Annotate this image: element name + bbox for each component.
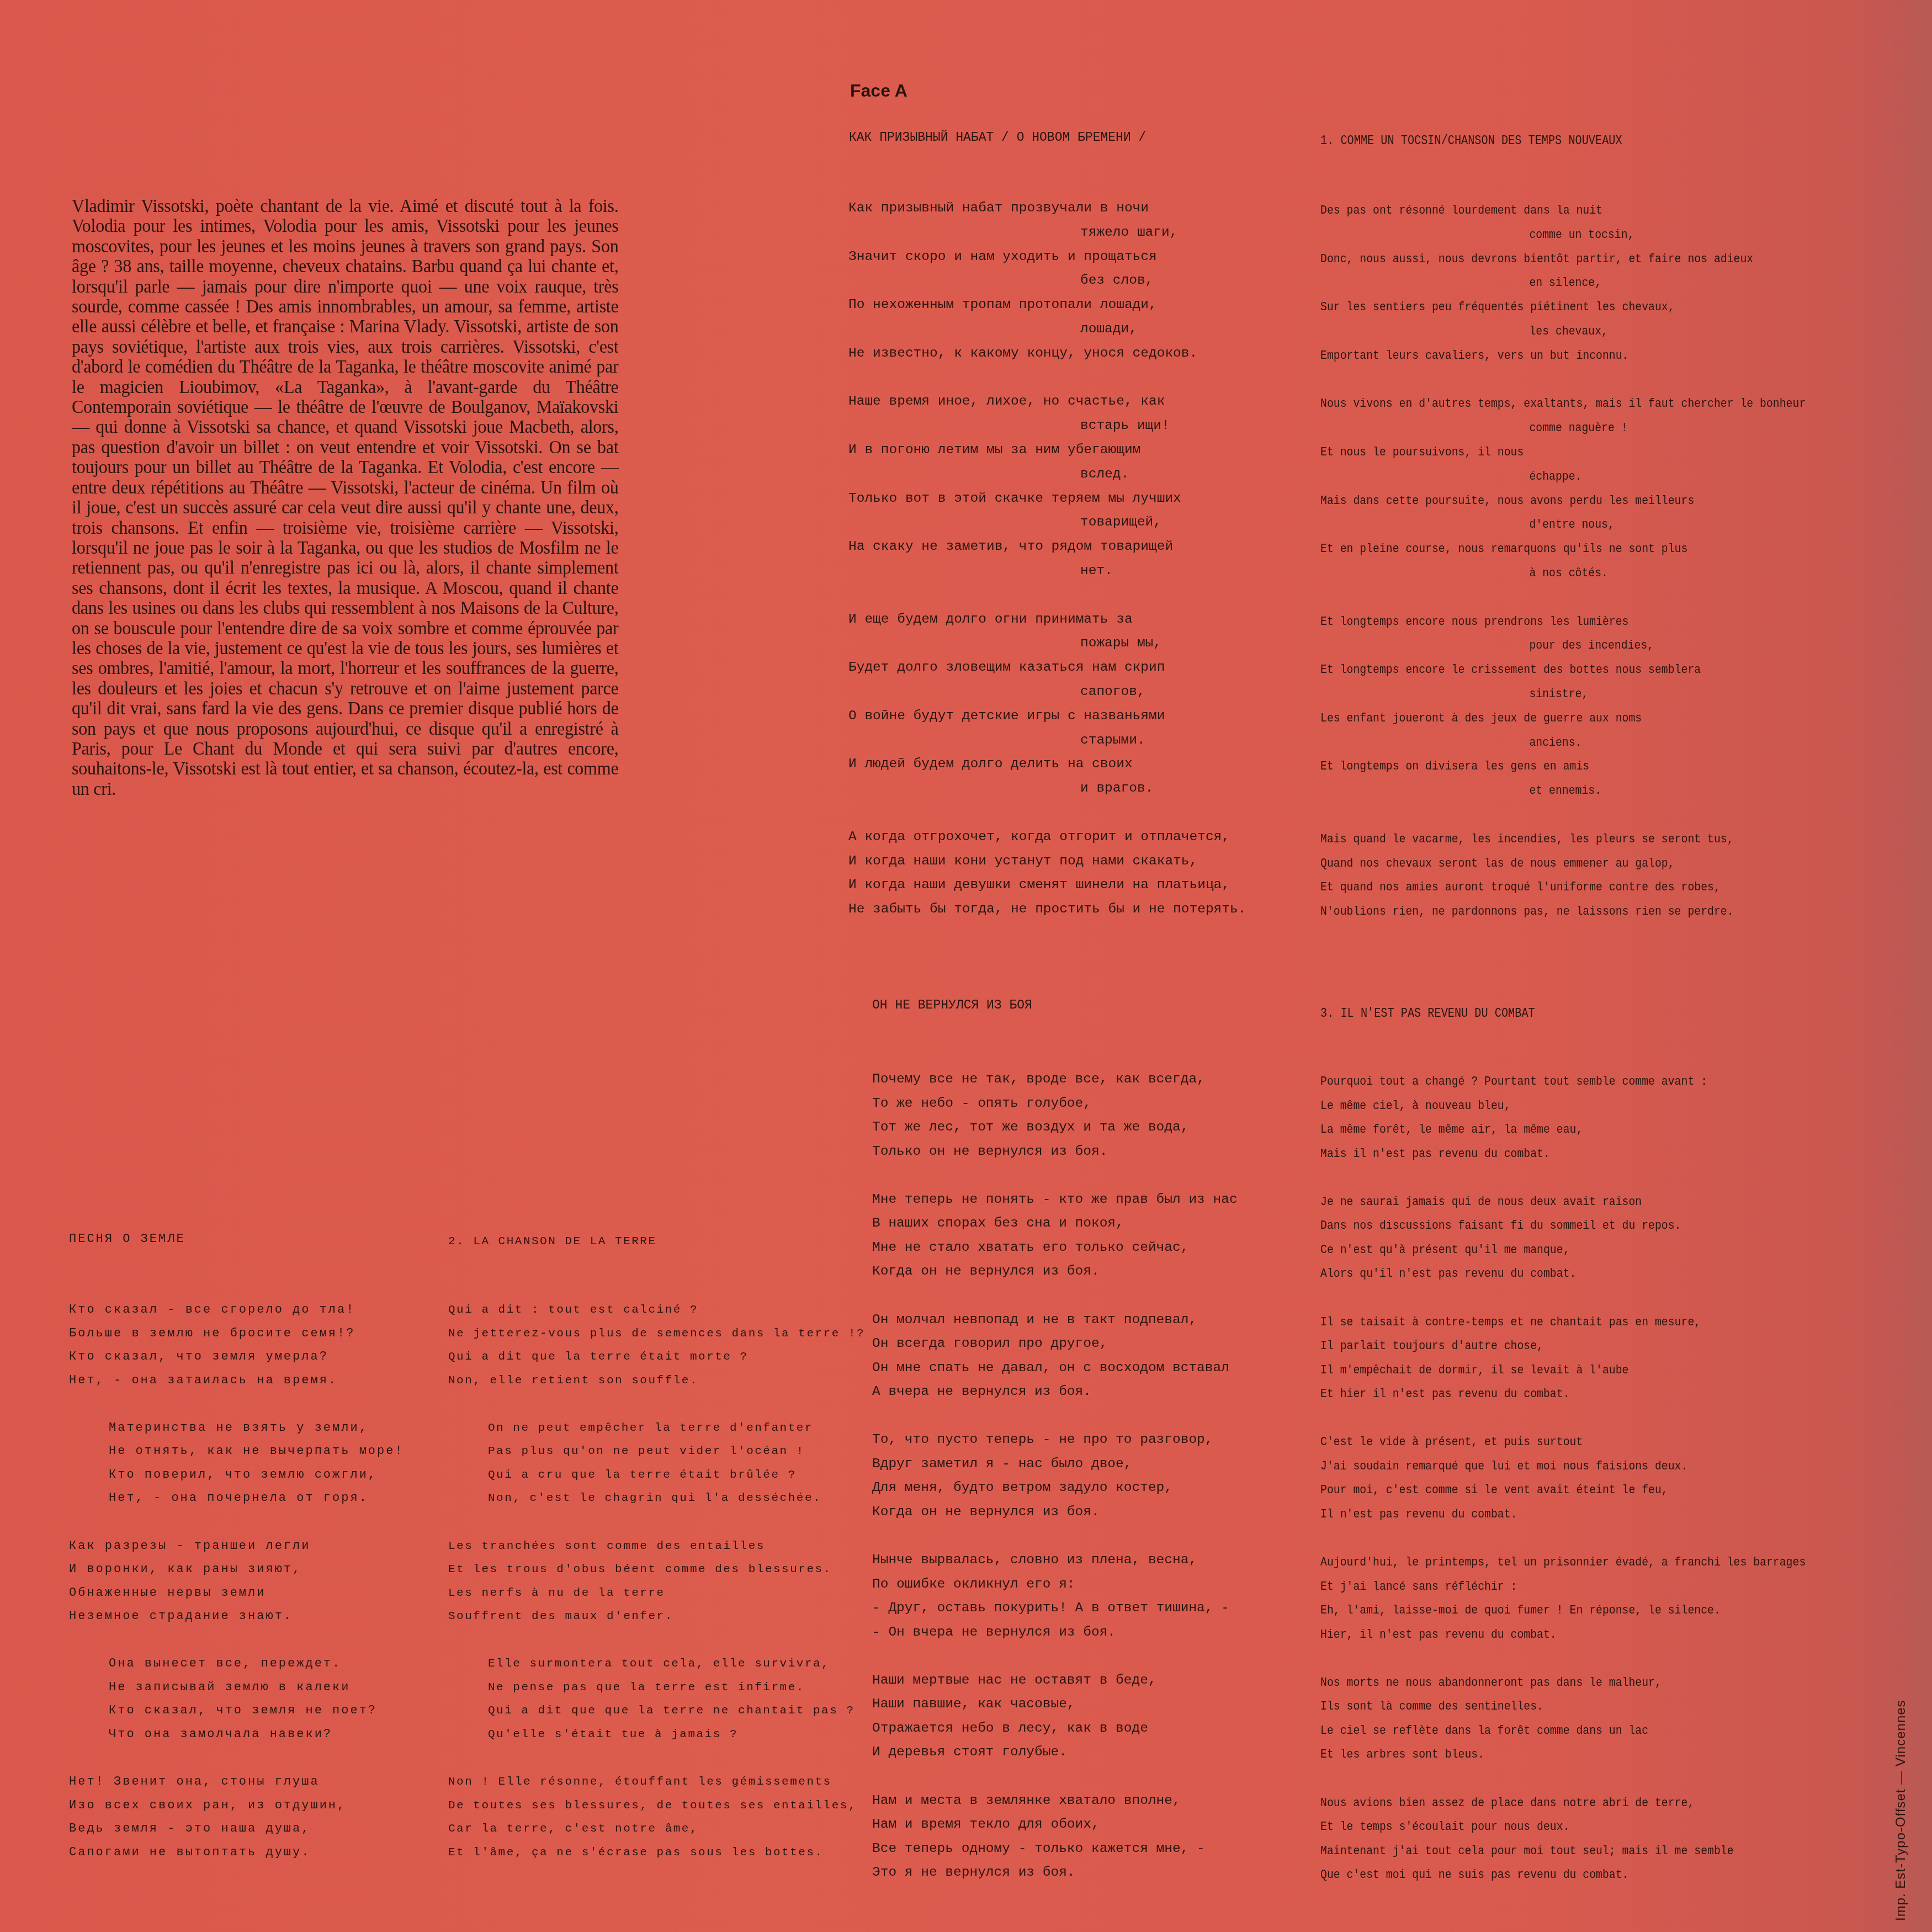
lyric-line: Кто поверил, что землю сожгли,: [69, 1468, 404, 1492]
lyric-line: Non, elle retient son souffle.: [448, 1374, 865, 1398]
lyric-line: Les tranchées sont comme des entailles: [448, 1540, 865, 1564]
lyric-line: Pourquoi tout a changé ? Pourtant tout s…: [1320, 1074, 1806, 1098]
lyric-line: - Он вчера не вернулся из боя.: [872, 1625, 1238, 1649]
lyric-line: и врагов.: [848, 781, 1246, 805]
lyric-line: Aujourd'hui, le printemps, tel un prison…: [1320, 1555, 1806, 1579]
lyric-line: По нехоженным тропам протопали лошади,: [848, 298, 1246, 322]
lyric-line: Для меня, будто ветром задуло костер,: [872, 1480, 1238, 1505]
lyric-line: Le même ciel, à nouveau bleu,: [1320, 1098, 1806, 1123]
lyric-line: Non ! Elle résonne, étouffant les gémiss…: [448, 1776, 865, 1800]
lyric-line: sinistre,: [1320, 687, 1806, 711]
lyric-line: вслед.: [848, 467, 1246, 491]
lyric-line: Donc, nous aussi, nous devrons bientôt p…: [1320, 252, 1806, 276]
song2-lyrics-ru: Кто сказал - все сгорело до тла!Больше в…: [69, 1303, 404, 1869]
lyric-line: Вдруг заметил я - нас было двое,: [872, 1457, 1238, 1481]
lyric-line: [69, 1750, 404, 1775]
lyric-line: Кто сказал, что земля умерла?: [69, 1350, 404, 1373]
lyric-line: Наши мертвые нас не оставят в беде,: [872, 1673, 1238, 1697]
lyric-line: И воронки, как раны зияют,: [69, 1562, 404, 1586]
lyric-line: Это я не вернулся из боя.: [872, 1865, 1238, 1889]
lyric-line: Et quand nos amies auront troqué l'unifo…: [1320, 880, 1806, 904]
lyric-line: Qui a dit : tout est calciné ?: [448, 1304, 865, 1328]
lyric-line: И когда наши девушки сменят шинели на пл…: [848, 878, 1246, 902]
lyric-line: На скаку не заметив, что рядом товарищей: [848, 539, 1246, 564]
lyric-line: По ошибке окликнул его я:: [872, 1577, 1238, 1601]
lyric-line: [1320, 808, 1806, 832]
lyric-line: Et longtemps encore le crissement des bo…: [1320, 662, 1806, 687]
lyric-line: Не записывай землю в калеки: [69, 1680, 404, 1704]
song1-title-fr: 1. COMME UN TOCSIN/CHANSON DES TEMPS NOU…: [1320, 134, 1622, 148]
face-label: Face A: [850, 81, 907, 101]
lyric-line: старыми.: [848, 733, 1246, 757]
lyric-line: Nos morts ne nous abandonneront pas dans…: [1320, 1675, 1806, 1700]
lyric-line: Sur les sentiers peu fréquentés piétinen…: [1320, 300, 1806, 324]
lyric-line: Все теперь одному - только кажется мне, …: [872, 1841, 1238, 1866]
lyric-line: А вчера не вернулся из боя.: [872, 1384, 1238, 1409]
lyric-line: Ведь земля - это наша душа,: [69, 1822, 404, 1845]
lyric-line: Наше время иное, лихое, но счастье, как: [848, 394, 1246, 418]
lyric-line: Mais dans cette poursuite, nous avons pe…: [1320, 493, 1806, 518]
lyric-line: Она вынесет все, переждет.: [69, 1657, 404, 1680]
song3-lyrics-ru: Почему все не так, вроде все, как всегда…: [872, 1072, 1238, 1889]
lyric-line: И в погоню летим мы за ним убегающим: [848, 443, 1246, 467]
song2-lyrics-fr: Qui a dit : tout est calciné ?Ne jettere…: [448, 1304, 865, 1870]
song3-title-fr: 3. IL N'EST PAS REVENU DU COMBAT: [1320, 1006, 1535, 1021]
lyric-line: Изо всех своих ран, из отдушин,: [69, 1798, 404, 1822]
lyric-line: La même forêt, le même air, la même eau,: [1320, 1122, 1806, 1147]
lyric-line: Pour moi, c'est comme si le vent avait é…: [1320, 1483, 1806, 1507]
lyric-line: Он мне спать не давал, он с восходом вст…: [872, 1361, 1238, 1385]
lyric-line: [1320, 373, 1806, 397]
lyric-line: Нынче вырвалась, словно из плена, весна,: [872, 1553, 1238, 1577]
lyric-line: les chevaux,: [1320, 324, 1806, 348]
lyric-line: De toutes ses blessures, de toutes ses e…: [448, 1800, 865, 1823]
lyric-line: [69, 1633, 404, 1657]
lyric-line: d'entre nous,: [1320, 517, 1806, 542]
lyric-line: [872, 1168, 1238, 1192]
lyric-line: Ne jetterez-vous plus de semences dans l…: [448, 1328, 865, 1351]
lyric-line: А когда отгрохочет, когда отгорит и отпл…: [848, 830, 1246, 854]
lyric-line: Et longtemps encore nous prendrons les l…: [1320, 614, 1806, 639]
lyric-line: Il parlait toujours d'autre chose,: [1320, 1339, 1806, 1363]
lyric-line: Не отнять, как не вычерпать море!: [69, 1444, 404, 1468]
lyric-line: То же небо - опять голубое,: [872, 1096, 1238, 1121]
lyric-line: Et nous le poursuivons, il nous: [1320, 445, 1806, 469]
lyric-line: пожары мы,: [848, 636, 1246, 660]
lyric-line: Что она замолчала навеки?: [69, 1727, 404, 1751]
lyric-line: Souffrent des maux d'enfer.: [448, 1610, 865, 1634]
lyric-line: Maintenant j'ai tout cela pour moi tout …: [1320, 1844, 1806, 1868]
lyric-line: Как призывный набат прозвучали в ночи: [848, 201, 1246, 225]
lyric-line: N'oublions rien, ne pardonnons pas, ne l…: [1320, 904, 1806, 928]
lyric-line: [848, 588, 1246, 612]
printer-credit: Imp. Est-Typo-Offset — Vincennes: [1893, 1700, 1909, 1921]
lyric-line: Et les arbres sont bleus.: [1320, 1747, 1806, 1771]
lyric-line: без слов,: [848, 273, 1246, 298]
lyric-line: Dans nos discussions faisant fi du somme…: [1320, 1218, 1806, 1243]
lyric-line: Нам и время текло для обоих,: [872, 1817, 1238, 1841]
lyric-line: Как разрезы - траншеи легли: [69, 1539, 404, 1563]
lyric-line: Обнаженные нервы земли: [69, 1586, 404, 1610]
lyric-line: Il n'est pas revenu du combat.: [1320, 1507, 1806, 1531]
lyric-line: comme naguère !: [1320, 421, 1806, 445]
song2-title-ru: ПЕСНЯ О ЗЕМЛЕ: [69, 1232, 185, 1246]
lyric-line: [448, 1516, 865, 1540]
lyric-line: Elle surmontera tout cela, elle survivra…: [448, 1658, 865, 1681]
lyric-line: Le ciel se reflète dans la forêt comme d…: [1320, 1723, 1806, 1748]
lyric-line: [872, 1769, 1238, 1793]
lyric-line: Когда он не вернулся из боя.: [872, 1264, 1238, 1288]
lyric-line: - Друг, оставь покурить! А в ответ тишин…: [872, 1601, 1238, 1625]
lyric-line: Que c'est moi qui ne suis pas revenu du …: [1320, 1867, 1806, 1892]
lyric-line: Он всегда говорил про другое,: [872, 1336, 1238, 1361]
lyric-line: Il m'empêchait de dormir, il se levait à…: [1320, 1363, 1806, 1387]
lyric-line: [1320, 1651, 1806, 1675]
lyric-line: Только он не вернулся из боя.: [872, 1144, 1238, 1169]
lyric-line: [1320, 1411, 1806, 1435]
lyric-line: В наших спорах без сна и покоя,: [872, 1216, 1238, 1240]
lyric-line: Тот же лес, тот же воздух и та же вода,: [872, 1120, 1238, 1144]
lyric-line: Et l'âme, ça ne s'écrase pas sous les bo…: [448, 1846, 865, 1870]
lyric-line: Наши павшие, как часовые,: [872, 1697, 1238, 1721]
lyric-line: [448, 1634, 865, 1658]
lyric-line: Nous vivons en d'autres temps, exaltants…: [1320, 396, 1806, 421]
song3-title-ru: ОН НЕ ВЕРНУЛСЯ ИЗ БОЯ: [872, 998, 1032, 1012]
lyric-line: pour des incendies,: [1320, 638, 1806, 662]
lyric-line: нет.: [848, 564, 1246, 588]
lyric-line: Ce n'est qu'à présent qu'il me manque,: [1320, 1243, 1806, 1267]
song1-lyrics-ru: Как призывный набат прозвучали в ночитяж…: [848, 201, 1246, 926]
lyric-line: Qui a dit que que la terre ne chantait p…: [448, 1705, 865, 1728]
lyric-line: Hier, il n'est pas revenu du combat.: [1320, 1627, 1806, 1652]
lyric-line: Только вот в этой скачке теряем мы лучши…: [848, 491, 1246, 516]
lyric-line: [1320, 1531, 1806, 1555]
lyric-line: Et hier il n'est pas revenu du combat.: [1320, 1387, 1806, 1411]
lyric-line: И деревья стоят голубые.: [872, 1745, 1238, 1769]
lyric-line: Он молчал невпопад и не в такт подпевал,: [872, 1313, 1238, 1337]
lyric-line: [1320, 1291, 1806, 1315]
lyric-line: И когда наши кони устанут под нами скака…: [848, 854, 1246, 878]
lyric-line: Et les trous d'obus béent comme des bles…: [448, 1563, 865, 1587]
lyric-line: Quand nos chevaux seront las de nous emm…: [1320, 856, 1806, 880]
lyric-line: Et en pleine course, nous remarquons qu'…: [1320, 542, 1806, 566]
song3-lyrics-fr: Pourquoi tout a changé ? Pourtant tout s…: [1320, 1074, 1806, 1892]
lyric-line: И еще будем долго огни принимать за: [848, 612, 1246, 636]
lyric-line: [1320, 590, 1806, 614]
lyric-line: Emportant leurs cavaliers, vers un but i…: [1320, 348, 1806, 373]
lyric-line: Et longtemps on divisera les gens en ami…: [1320, 759, 1806, 783]
lyric-line: Ne pense pas que la terre est infirme.: [448, 1681, 865, 1705]
lyric-line: Je ne saurai jamais qui de nous deux ava…: [1320, 1195, 1806, 1219]
lyric-line: Почему все не так, вроде все, как всегда…: [872, 1072, 1238, 1096]
lyric-line: Мне не стало хватать его только сейчас,: [872, 1240, 1238, 1265]
lyric-line: Отражается небо в лесу, как в воде: [872, 1721, 1238, 1745]
lyric-line: [848, 370, 1246, 395]
lyric-line: Сапогами не вытоптать душу.: [69, 1845, 404, 1869]
lyric-line: Il se taisait à contre-temps et ne chant…: [1320, 1315, 1806, 1339]
lyric-line: Nous avions bien assez de place dans not…: [1320, 1796, 1806, 1820]
lyric-line: [848, 805, 1246, 830]
lyric-line: à nos côtés.: [1320, 566, 1806, 590]
lyric-line: [872, 1409, 1238, 1433]
lyric-line: встарь ищи!: [848, 418, 1246, 443]
lyric-line: Нам и места в землянке хватало вполне,: [872, 1793, 1238, 1818]
lyric-line: Не забыть бы тогда, не простить бы и не …: [848, 902, 1246, 926]
lyric-line: Кто сказал - все сгорело до тла!: [69, 1303, 404, 1326]
lyric-line: [69, 1397, 404, 1421]
lyric-line: Qu'elle s'était tue à jamais ?: [448, 1728, 865, 1752]
song2-title-fr: 2. LA CHANSON DE LA TERRE: [448, 1235, 657, 1248]
lyric-line: échappe.: [1320, 469, 1806, 493]
lyric-line: Les nerfs à nu de la terre: [448, 1587, 865, 1611]
lyric-line: [448, 1398, 865, 1422]
lyric-line: Будет долго зловещим казаться нам скрип: [848, 660, 1246, 684]
lyric-line: Больше в землю не бросите семя!?: [69, 1326, 404, 1350]
song1-title-ru: КАК ПРИЗЫВНЫЙ НАБАТ / О НОВОМ БРЕМЕНИ /: [849, 130, 1146, 145]
lyric-line: Нет! Звенит она, стоны глуша: [69, 1775, 404, 1798]
lyric-line: Et le temps s'écoulait pour nous deux.: [1320, 1819, 1806, 1844]
lyric-line: [872, 1288, 1238, 1313]
lyric-line: Когда он не вернулся из боя.: [872, 1505, 1238, 1529]
lyric-line: Les enfant joueront à des jeux de guerre…: [1320, 711, 1806, 735]
lyric-line: [872, 1649, 1238, 1673]
lyric-line: О войне будут детские игры с названьями: [848, 709, 1246, 733]
lyric-line: тяжело шаги,: [848, 225, 1246, 250]
lyric-line: Материнства не взять у земли,: [69, 1421, 404, 1445]
lyric-line: [872, 1528, 1238, 1553]
intro-text: Vladimir Vissotski, poète chantant de la…: [72, 196, 618, 799]
lyric-line: Mais quand le vacarme, les incendies, le…: [1320, 832, 1806, 856]
lyric-line: comme un tocsin,: [1320, 227, 1806, 252]
lyric-line: То, что пусто теперь - не про то разгово…: [872, 1432, 1238, 1457]
lyric-line: сапогов,: [848, 684, 1246, 709]
lyric-line: Non, c'est le chagrin qui l'a desséchée.: [448, 1492, 865, 1516]
lyric-line: Нет, - она затаилась на время.: [69, 1373, 404, 1397]
lyric-line: Et j'ai lancé sans réfléchir :: [1320, 1579, 1806, 1604]
lyric-line: Кто сказал, что земля не поет?: [69, 1703, 404, 1727]
lyric-line: Des pas ont résonné lourdement dans la n…: [1320, 203, 1806, 227]
lyric-line: Не известно, к какому концу, унося седок…: [848, 346, 1246, 370]
lyric-line: On ne peut empêcher la terre d'enfanter: [448, 1422, 865, 1446]
lyric-line: Eh, l'ami, laisse-moi de quoi fumer ! En…: [1320, 1603, 1806, 1627]
lyric-line: [448, 1751, 865, 1776]
lyric-line: [1320, 1170, 1806, 1195]
lyric-line: лошади,: [848, 322, 1246, 346]
lyric-line: Car la terre, c'est notre âme,: [448, 1823, 865, 1846]
lyric-line: J'ai soudain remarqué que lui et moi nou…: [1320, 1459, 1806, 1483]
lyric-line: C'est le vide à présent, et puis surtout: [1320, 1435, 1806, 1459]
lyric-line: anciens.: [1320, 735, 1806, 760]
lyric-line: [1320, 1771, 1806, 1796]
lyric-line: Mais il n'est pas revenu du combat.: [1320, 1147, 1806, 1171]
song1-lyrics-fr: Des pas ont résonné lourdement dans la n…: [1320, 203, 1806, 928]
lyric-line: Qui a dit que la terre était morte ?: [448, 1351, 865, 1374]
lyric-line: Мне теперь не понять - кто же прав был и…: [872, 1192, 1238, 1217]
lyric-line: Pas plus qu'on ne peut vider l'océan !: [448, 1445, 865, 1469]
lyric-line: товарищей,: [848, 515, 1246, 539]
lyric-line: Ils sont là comme des sentinelles.: [1320, 1699, 1806, 1723]
lyric-line: Qui a cru que la terre était brûlée ?: [448, 1469, 865, 1493]
lyric-line: et ennemis.: [1320, 783, 1806, 808]
lyric-line: Значит скоро и нам уходить и прощаться: [848, 250, 1246, 274]
lyric-line: Неземное страдание знают.: [69, 1609, 404, 1633]
lyric-line: [69, 1515, 404, 1539]
lyric-line: И людей будем долго делить на своих: [848, 757, 1246, 781]
lyric-line: en silence,: [1320, 275, 1806, 300]
lyric-line: Нет, - она почернела от горя.: [69, 1491, 404, 1515]
lyric-line: Alors qu'il n'est pas revenu du combat.: [1320, 1266, 1806, 1291]
